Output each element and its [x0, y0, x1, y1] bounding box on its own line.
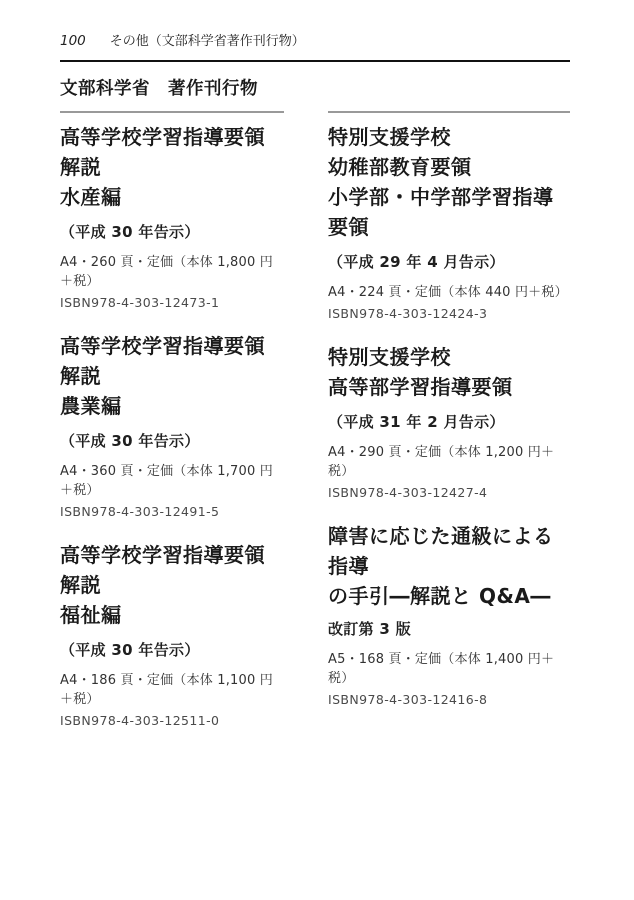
column-left: 高等学校学習指導要領解説 水産編 （平成 30 年告示） A4・260 頁・定価…	[60, 111, 284, 749]
title-line: 障害に応じた通級による指導	[328, 521, 570, 581]
isbn: ISBN978-4-303-12416-8	[328, 692, 570, 707]
publication-entry: 特別支援学校 高等部学習指導要領 （平成 31 年 2 月告示） A4・290 …	[328, 342, 570, 500]
publication-title: 高等学校学習指導要領解説 農業編	[60, 331, 284, 421]
title-line: 農業編	[60, 391, 284, 421]
isbn: ISBN978-4-303-12424-3	[328, 306, 570, 321]
format-price: A4・360 頁・定価（本体 1,700 円＋税）	[60, 460, 284, 498]
isbn: ISBN978-4-303-12427-4	[328, 485, 570, 500]
two-column-layout: 高等学校学習指導要領解説 水産編 （平成 30 年告示） A4・260 頁・定価…	[60, 111, 570, 749]
title-line: 高等学校学習指導要領解説	[60, 540, 284, 600]
title-line: 特別支援学校	[328, 122, 570, 152]
publication-entry: 高等学校学習指導要領解説 福祉編 （平成 30 年告示） A4・186 頁・定価…	[60, 540, 284, 728]
isbn: ISBN978-4-303-12511-0	[60, 713, 284, 728]
running-head-label: その他（文部科学省著作刊行物）	[110, 30, 305, 49]
isbn: ISBN978-4-303-12473-1	[60, 295, 284, 310]
publication-title: 特別支援学校 幼稚部教育要領 小学部・中学部学習指導要領	[328, 122, 570, 242]
catalog-page: 100 その他（文部科学省著作刊行物） 文部科学省 著作刊行物 高等学校学習指導…	[0, 0, 634, 900]
column-right: 特別支援学校 幼稚部教育要領 小学部・中学部学習指導要領 （平成 29 年 4 …	[328, 111, 570, 749]
page-number: 100	[60, 33, 86, 49]
format-price: A5・168 頁・定価（本体 1,400 円＋税）	[328, 648, 570, 686]
edition-label: 改訂第 3 版	[328, 618, 570, 639]
format-price: A4・260 頁・定価（本体 1,800 円＋税）	[60, 251, 284, 289]
publication-title: 高等学校学習指導要領解説 福祉編	[60, 540, 284, 630]
title-line: の手引―解説と Q&A―	[328, 581, 570, 611]
notice-date: （平成 29 年 4 月告示）	[328, 251, 570, 272]
title-line: 高等部学習指導要領	[328, 372, 570, 402]
title-line: 高等学校学習指導要領解説	[60, 122, 284, 182]
title-line: 高等学校学習指導要領解説	[60, 331, 284, 391]
format-price: A4・224 頁・定価（本体 440 円＋税）	[328, 281, 570, 300]
notice-date: （平成 30 年告示）	[60, 639, 284, 660]
notice-date: （平成 31 年 2 月告示）	[328, 411, 570, 432]
publication-entry: 障害に応じた通級による指導 の手引―解説と Q&A― 改訂第 3 版 A5・16…	[328, 521, 570, 707]
publication-entry: 高等学校学習指導要領解説 水産編 （平成 30 年告示） A4・260 頁・定価…	[60, 122, 284, 310]
publication-entry: 高等学校学習指導要領解説 農業編 （平成 30 年告示） A4・360 頁・定価…	[60, 331, 284, 519]
format-price: A4・290 頁・定価（本体 1,200 円＋税）	[328, 441, 570, 479]
notice-date: （平成 30 年告示）	[60, 221, 284, 242]
running-head: 100 その他（文部科学省著作刊行物）	[60, 30, 570, 49]
title-line: 福祉編	[60, 600, 284, 630]
title-line: 幼稚部教育要領	[328, 152, 570, 182]
format-price: A4・186 頁・定価（本体 1,100 円＋税）	[60, 669, 284, 707]
section-title: 文部科学省 著作刊行物	[60, 75, 570, 100]
publication-entry: 特別支援学校 幼稚部教育要領 小学部・中学部学習指導要領 （平成 29 年 4 …	[328, 122, 570, 321]
notice-date: （平成 30 年告示）	[60, 430, 284, 451]
title-line: 特別支援学校	[328, 342, 570, 372]
publication-title: 特別支援学校 高等部学習指導要領	[328, 342, 570, 402]
publication-title: 障害に応じた通級による指導 の手引―解説と Q&A―	[328, 521, 570, 611]
publication-title: 高等学校学習指導要領解説 水産編	[60, 122, 284, 212]
isbn: ISBN978-4-303-12491-5	[60, 504, 284, 519]
title-line: 小学部・中学部学習指導要領	[328, 182, 570, 242]
header-rule	[60, 60, 570, 62]
title-line: 水産編	[60, 182, 284, 212]
